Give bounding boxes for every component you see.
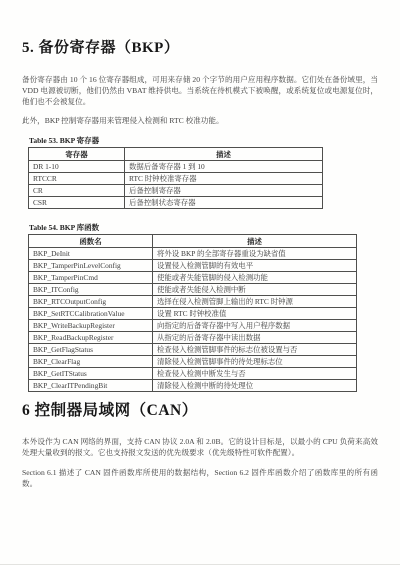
table-header-row: 函数名 描述 [29, 235, 357, 248]
function-desc-cell: 向指定的后备寄存器中写入用户程序数据 [153, 320, 357, 332]
function-desc-cell: 清除侵入检测中断的待处理位 [153, 380, 357, 392]
function-name-cell: BKP_ITConfig [29, 284, 153, 296]
table-row: DR 1-10 数据后备寄存器 1 到 10 [29, 161, 323, 173]
table-row: BKP_SetRTCCalibrationValue 设置 RTC 时钟校准值 [29, 308, 357, 320]
table-row: BKP_ITConfig 使能或者失能侵入检测中断 [29, 284, 357, 296]
function-name-cell: BKP_GetITStatus [29, 368, 153, 380]
function-name-cell: BKP_ClearITPendingBit [29, 380, 153, 392]
function-name-cell: BKP_GetFlagStatus [29, 344, 153, 356]
description-column-header: 描述 [153, 235, 357, 248]
register-name-cell: CR [29, 185, 125, 197]
register-name-cell: CSR [29, 197, 125, 209]
description-column-header: 描述 [125, 148, 323, 161]
function-desc-cell: 清除侵入检测管脚事件的待处理标志位 [153, 356, 357, 368]
function-name-cell: BKP_ReadBackupRegister [29, 332, 153, 344]
function-desc-cell: 使能或者失能管脚的侵入检测功能 [153, 272, 357, 284]
section5-heading: 5. 备份寄存器（BKP） [22, 36, 378, 57]
function-name-cell: BKP_SetRTCCalibrationValue [29, 308, 153, 320]
table-row: BKP_GetFlagStatus 检查侵入检测管脚事件的标志位被设置与否 [29, 344, 357, 356]
table-row: BKP_ReadBackupRegister 从指定的后备寄存器中读出数据 [29, 332, 357, 344]
table-row: BKP_ClearITPendingBit 清除侵入检测中断的待处理位 [29, 380, 357, 392]
function-desc-cell: 从指定的后备寄存器中读出数据 [153, 332, 357, 344]
section5-paragraph-1: 备份寄存器由 10 个 16 位寄存器组成，可用来存储 20 个字节的用户应用程… [22, 74, 378, 107]
function-column-header: 函数名 [29, 235, 153, 248]
section5-paragraph-2: 此外，BKP 控制寄存器用来管理侵入检测和 RTC 校准功能。 [22, 115, 378, 126]
bkp-registers-table: 寄存器 描述 DR 1-10 数据后备寄存器 1 到 10 RTCCR RTC … [28, 147, 323, 209]
function-name-cell: BKP_ClearFlag [29, 356, 153, 368]
table-row: BKP_RTCOutputConfig 选择在侵入检测管脚上输出的 RTC 时钟… [29, 296, 357, 308]
function-desc-cell: 设置侵入检测管脚的有效电平 [153, 260, 357, 272]
table-row: CSR 后备控制状态寄存器 [29, 197, 323, 209]
table-row: BKP_GetITStatus 检查侵入检测中断发生与否 [29, 368, 357, 380]
register-name-cell: RTCCR [29, 173, 125, 185]
document-page: 5. 备份寄存器（BKP） 备份寄存器由 10 个 16 位寄存器组成，可用来存… [0, 0, 400, 565]
table-row: BKP_TamperPinCmd 使能或者失能管脚的侵入检测功能 [29, 272, 357, 284]
register-desc-cell: 后备控制寄存器 [125, 185, 323, 197]
register-desc-cell: 后备控制状态寄存器 [125, 197, 323, 209]
function-desc-cell: 设置 RTC 时钟校准值 [153, 308, 357, 320]
table54-caption: Table 54. BKP 库函数 [29, 222, 378, 233]
table-row: BKP_DeInit 将外设 BKP 的全部寄存器重设为缺省值 [29, 248, 357, 260]
register-column-header: 寄存器 [29, 148, 125, 161]
register-name-cell: DR 1-10 [29, 161, 125, 173]
page-content: 5. 备份寄存器（BKP） 备份寄存器由 10 个 16 位寄存器组成，可用来存… [0, 0, 400, 489]
function-name-cell: BKP_WriteBackupRegister [29, 320, 153, 332]
section6-paragraph-2: Section 6.1 描述了 CAN 固件函数库所使用的数据结构，Sectio… [22, 467, 378, 489]
function-desc-cell: 使能或者失能侵入检测中断 [153, 284, 357, 296]
function-desc-cell: 将外设 BKP 的全部寄存器重设为缺省值 [153, 248, 357, 260]
table-row: BKP_ClearFlag 清除侵入检测管脚事件的待处理标志位 [29, 356, 357, 368]
function-desc-cell: 检查侵入检测管脚事件的标志位被设置与否 [153, 344, 357, 356]
section6-paragraph-1: 本外设作为 CAN 网络的界面，支持 CAN 协议 2.0A 和 2.0B。它的… [22, 436, 378, 458]
function-desc-cell: 选择在侵入检测管脚上输出的 RTC 时钟源 [153, 296, 357, 308]
register-desc-cell: RTC 时钟校准寄存器 [125, 173, 323, 185]
function-name-cell: BKP_DeInit [29, 248, 153, 260]
function-desc-cell: 检查侵入检测中断发生与否 [153, 368, 357, 380]
table53-caption: Table 53. BKP 寄存器 [29, 135, 378, 146]
bkp-functions-table: 函数名 描述 BKP_DeInit 将外设 BKP 的全部寄存器重设为缺省值 B… [28, 234, 357, 392]
function-name-cell: BKP_TamperPinCmd [29, 272, 153, 284]
table-row: BKP_WriteBackupRegister 向指定的后备寄存器中写入用户程序… [29, 320, 357, 332]
table-row: CR 后备控制寄存器 [29, 185, 323, 197]
function-name-cell: BKP_TamperPinLevelConfig [29, 260, 153, 272]
table-row: BKP_TamperPinLevelConfig 设置侵入检测管脚的有效电平 [29, 260, 357, 272]
table-row: RTCCR RTC 时钟校准寄存器 [29, 173, 323, 185]
table-header-row: 寄存器 描述 [29, 148, 323, 161]
section6-heading: 6 控制器局域网（CAN） [22, 398, 378, 420]
register-desc-cell: 数据后备寄存器 1 到 10 [125, 161, 323, 173]
function-name-cell: BKP_RTCOutputConfig [29, 296, 153, 308]
